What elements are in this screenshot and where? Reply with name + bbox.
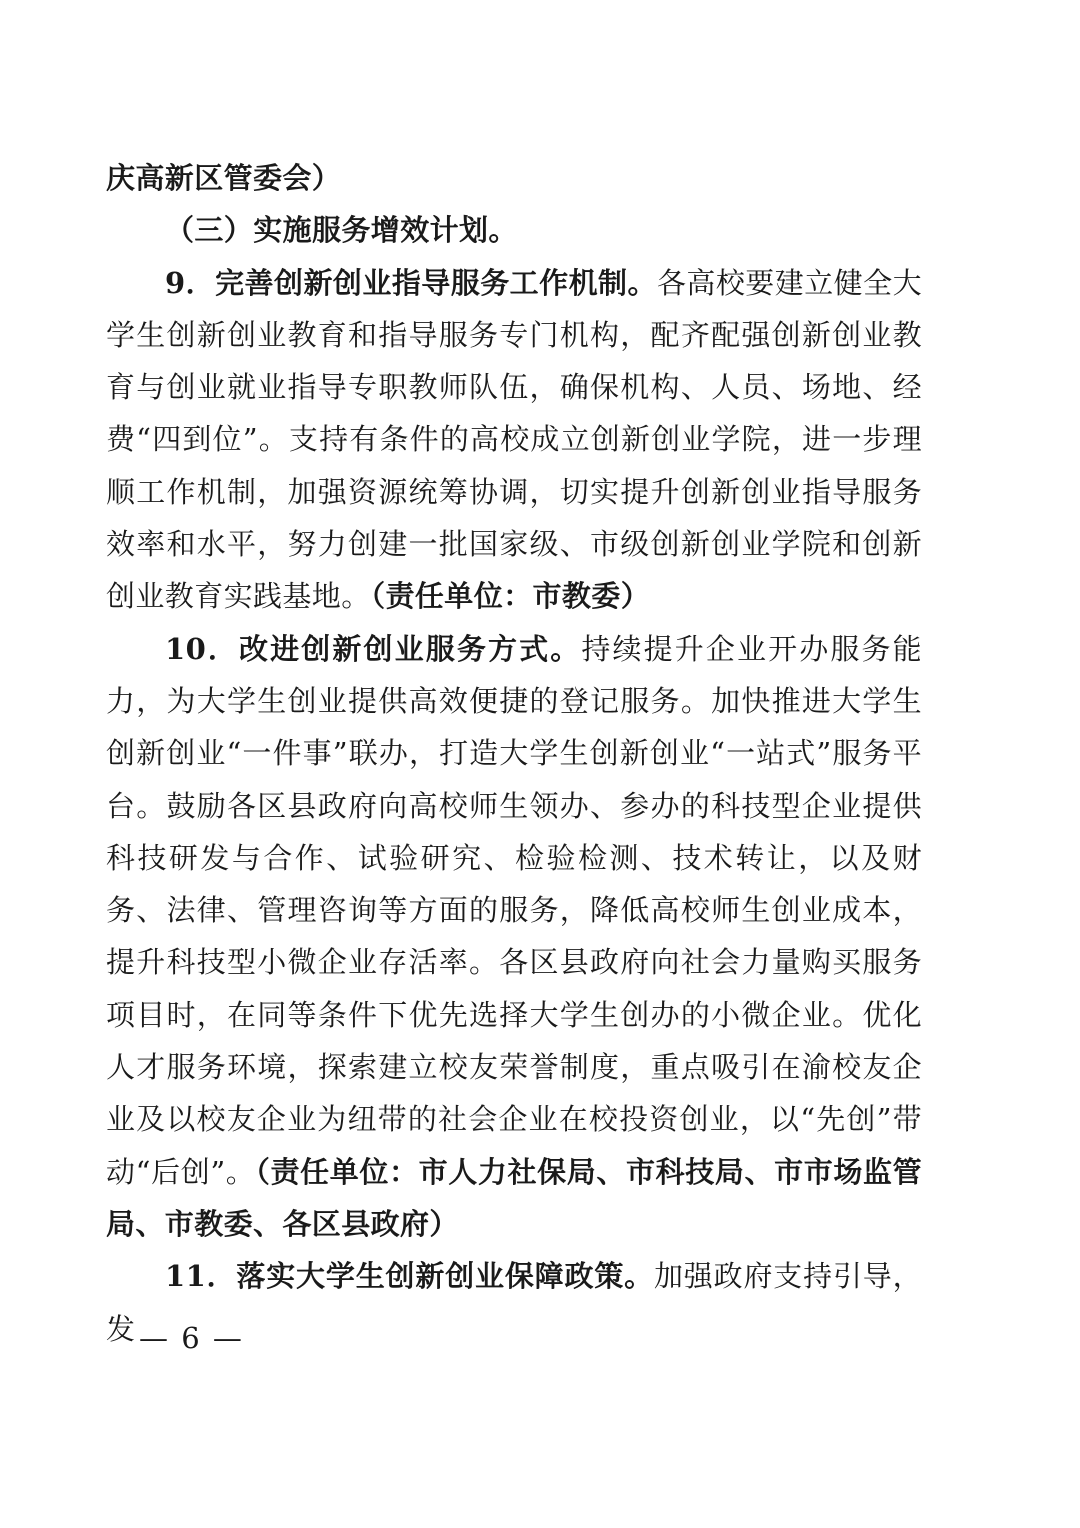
- document-page: 庆高新区管委会） （三）实施服务增效计划。 9．完善创新创业指导服务工作机制。各…: [0, 0, 1080, 1528]
- item-10-paragraph: 10．改进创新创业服务方式。持续提升企业开办服务能力，为大学生创业提供高效便捷的…: [106, 623, 922, 1251]
- item-10-body: 持续提升企业开办服务能力，为大学生创业提供高效便捷的登记服务。加快推进大学生创新…: [106, 632, 922, 1189]
- section-heading: （三）实施服务增效计划。: [106, 204, 922, 256]
- item-9-body: 各高校要建立健全大学生创新创业教育和指导服务专门机构，配齐配强创新创业教育与创业…: [106, 266, 922, 614]
- continuation-line: 庆高新区管委会）: [106, 152, 922, 204]
- item-11-lead: 11．落实大学生创新创业保障政策。: [165, 1259, 654, 1293]
- item-9-paragraph: 9．完善创新创业指导服务工作机制。各高校要建立健全大学生创新创业教育和指导服务专…: [106, 257, 922, 623]
- page-number: — 6 —: [139, 1312, 244, 1364]
- item-9-lead: 9．完善创新创业指导服务工作机制。: [165, 266, 657, 300]
- document-body: 庆高新区管委会） （三）实施服务增效计划。 9．完善创新创业指导服务工作机制。各…: [106, 152, 922, 1355]
- item-10-lead: 10．改进创新创业服务方式。: [165, 632, 581, 666]
- item-9-responsibility: （责任单位：市教委）: [371, 579, 651, 613]
